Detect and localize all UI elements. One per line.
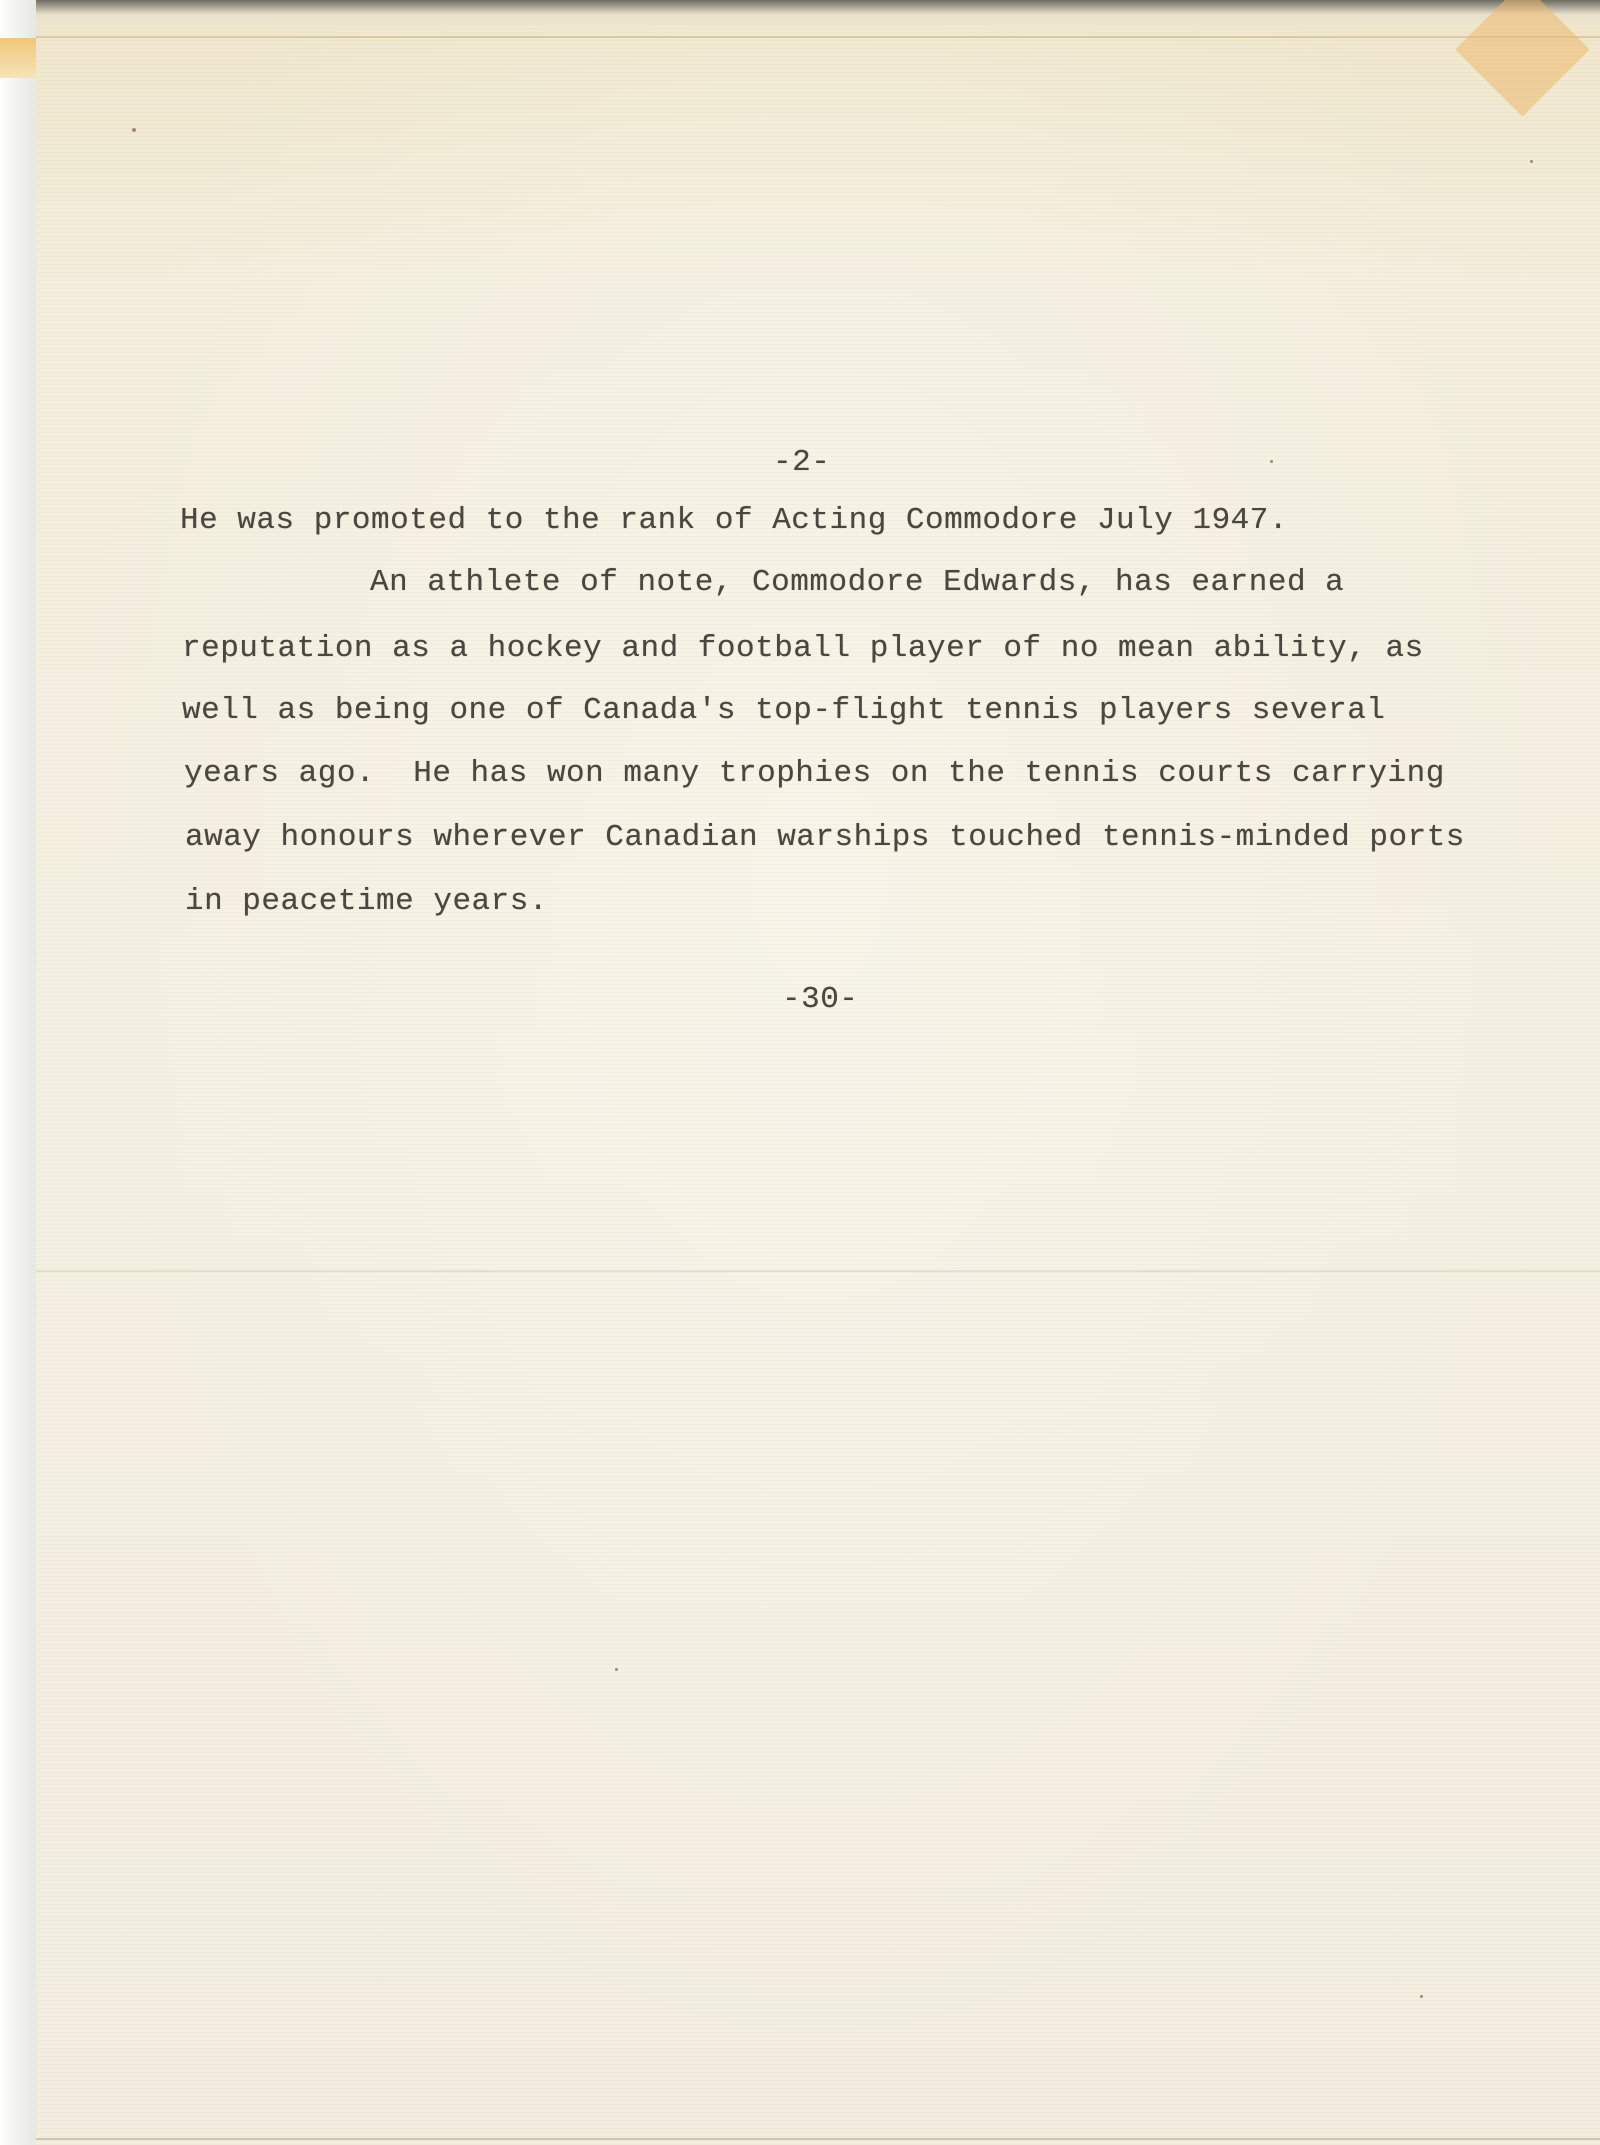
body-line: An athlete of note, Commodore Edwards, h… (370, 565, 1344, 600)
paper-speck (1530, 160, 1533, 163)
body-line: in peacetime years. (185, 884, 548, 919)
end-of-release-mark: -30- (782, 982, 858, 1017)
paper-crease (36, 1270, 1600, 1272)
paper-speck (1420, 1995, 1423, 1998)
document-page (36, 26, 1600, 2145)
scan-left-margin-strip (0, 0, 36, 2145)
page-number: -2- (773, 445, 830, 480)
paper-fold-line (36, 36, 1600, 38)
paper-bottom-edge (36, 2138, 1600, 2140)
paper-speck (1270, 460, 1273, 463)
body-line: years ago. He has won many trophies on t… (184, 756, 1445, 791)
scan-left-margin-stain (0, 38, 36, 78)
paper-top-edge (36, 0, 1600, 26)
paper-speck (615, 1668, 618, 1671)
body-line: well as being one of Canada's top-flight… (182, 693, 1386, 728)
paper-speck (132, 128, 136, 132)
body-line: away honours wherever Canadian warships … (185, 820, 1465, 855)
body-line: He was promoted to the rank of Acting Co… (180, 503, 1288, 538)
body-line: reputation as a hockey and football play… (182, 631, 1424, 666)
